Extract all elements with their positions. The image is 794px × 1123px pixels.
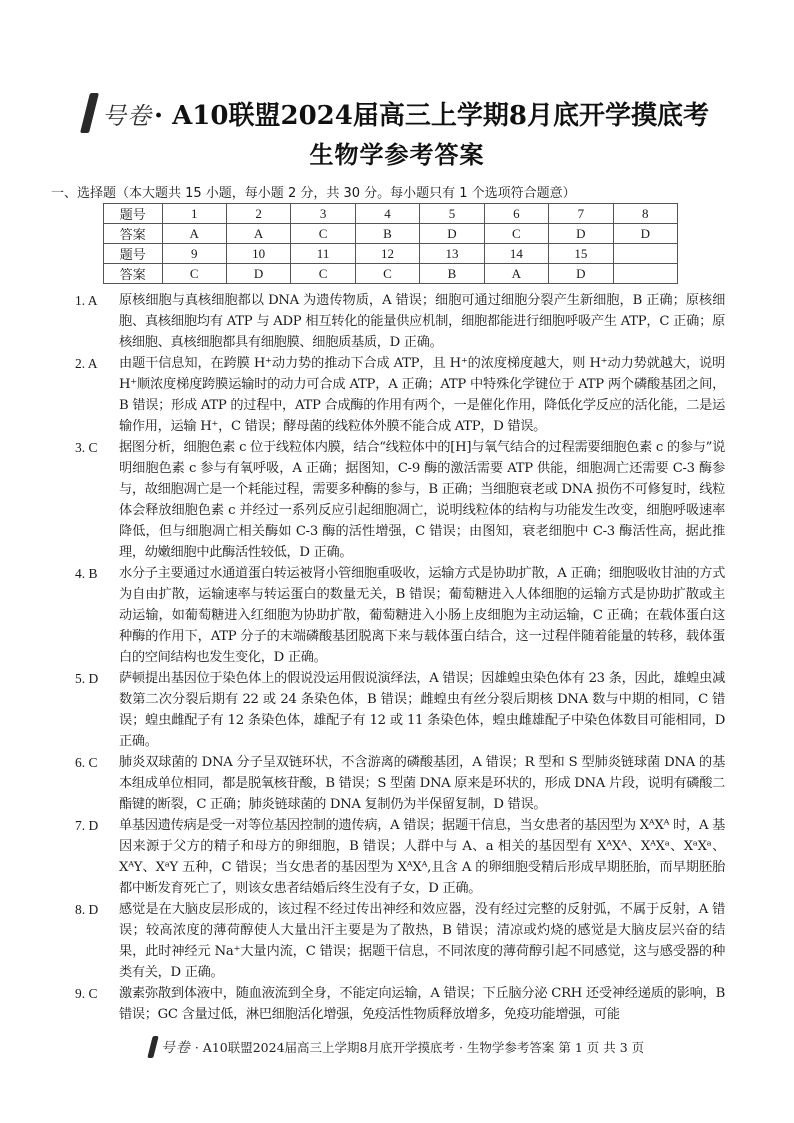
row-label: 答案 bbox=[104, 224, 163, 244]
table-cell: D bbox=[420, 224, 484, 244]
table-cell: 9 bbox=[162, 244, 226, 264]
item-number-answer: 8. D bbox=[75, 899, 119, 983]
table-cell: 13 bbox=[420, 244, 484, 264]
table-cell: C bbox=[291, 264, 355, 284]
table-cell: C bbox=[484, 224, 548, 244]
item-explanation: 感觉是在大脑皮层形成的，该过程不经过传出神经和效应器，没有经过完整的反射弧，不属… bbox=[119, 899, 725, 983]
table-cell: 7 bbox=[549, 204, 613, 224]
table-cell bbox=[613, 264, 677, 284]
item-number-answer: 3. C bbox=[75, 437, 119, 563]
table-cell: D bbox=[613, 224, 677, 244]
list-item: 2. A由题干信息知，在跨膜 H⁺动力势的推动下合成 ATP，且 H⁺的浓度梯度… bbox=[75, 353, 725, 437]
table-cell: D bbox=[226, 264, 290, 284]
page-footer: 号卷 · A10联盟2024届高三上学期8月底开学摸底考 · 生物学参考答案 第… bbox=[0, 1036, 794, 1058]
page-subtitle: 生物学参考答案 bbox=[0, 135, 794, 170]
table-cell: A bbox=[484, 264, 548, 284]
item-number-answer: 7. D bbox=[75, 815, 119, 899]
item-number-answer: 6. C bbox=[75, 752, 119, 815]
table-cell: 3 bbox=[291, 204, 355, 224]
table-cell: 1 bbox=[162, 204, 226, 224]
table-cell: 6 bbox=[484, 204, 548, 224]
table-cell: A bbox=[162, 224, 226, 244]
table-cell: 8 bbox=[613, 204, 677, 224]
brand-logo: 号卷 bbox=[85, 93, 152, 133]
table-cell bbox=[613, 244, 677, 264]
list-item: 6. C肺炎双球菌的 DNA 分子呈双链环状，不含游离的磷酸基团，A 错误；R … bbox=[75, 752, 725, 815]
table-cell: 10 bbox=[226, 244, 290, 264]
table-cell: 14 bbox=[484, 244, 548, 264]
item-number-answer: 2. A bbox=[75, 353, 119, 437]
table-cell: B bbox=[355, 224, 419, 244]
table-cell: 12 bbox=[355, 244, 419, 264]
table-row: 题号9101112131415 bbox=[104, 244, 678, 264]
logo-text: 号卷 bbox=[102, 96, 152, 131]
list-item: 9. C激素弥散到体液中，随血液流到全身，不能定向运输，A 错误；下丘脑分泌 C… bbox=[75, 983, 725, 1025]
list-item: 4. B水分子主要通过水通道蛋白转运被肾小管细胞重吸收，运输方式是协助扩散，A … bbox=[75, 563, 725, 668]
table-row: 答案CDCCBAD bbox=[104, 264, 678, 284]
table-cell: C bbox=[355, 264, 419, 284]
item-explanation: 原核细胞与真核细胞都以 DNA 为遗传物质，A 错误；细胞可通过细胞分裂产生新细… bbox=[119, 290, 725, 353]
table-cell: B bbox=[420, 264, 484, 284]
item-explanation: 水分子主要通过水通道蛋白转运被肾小管细胞重吸收，运输方式是协助扩散，A 正确；细… bbox=[119, 563, 725, 668]
table-cell: 5 bbox=[420, 204, 484, 224]
row-label: 题号 bbox=[104, 204, 163, 224]
list-item: 3. C据图分析，细胞色素 c 位于线粒体内膜，结合“线粒体中的[H]与氧气结合… bbox=[75, 437, 725, 563]
answer-explanations: 1. A原核细胞与真核细胞都以 DNA 为遗传物质，A 错误；细胞可通过细胞分裂… bbox=[75, 290, 725, 1025]
brush-stroke-icon bbox=[147, 1036, 158, 1058]
table-cell: C bbox=[162, 264, 226, 284]
list-item: 5. D萨顿提出基因位于染色体上的假说没运用假说演绎法，A 错误；因雄蝗虫染色体… bbox=[75, 668, 725, 752]
item-explanation: 肺炎双球菌的 DNA 分子呈双链环状，不含游离的磷酸基团，A 错误；R 型和 S… bbox=[119, 752, 725, 815]
item-number-answer: 5. D bbox=[75, 668, 119, 752]
table-row: 答案AACBDCDD bbox=[104, 224, 678, 244]
item-number-answer: 9. C bbox=[75, 983, 119, 1025]
table-cell: D bbox=[549, 264, 613, 284]
table-cell: 2 bbox=[226, 204, 290, 224]
table-cell: 4 bbox=[355, 204, 419, 224]
row-label: 题号 bbox=[104, 244, 163, 264]
table-cell: 11 bbox=[291, 244, 355, 264]
section-heading: 一、选择题（本大题共 15 小题，每小题 2 分，共 30 分。每小题只有 1 … bbox=[51, 182, 576, 201]
answer-table: 题号12345678答案AACBDCDD题号9101112131415答案CDC… bbox=[103, 203, 678, 284]
item-number-answer: 1. A bbox=[75, 290, 119, 353]
list-item: 1. A原核细胞与真核细胞都以 DNA 为遗传物质，A 错误；细胞可通过细胞分裂… bbox=[75, 290, 725, 353]
footer-text: · A10联盟2024届高三上学期8月底开学摸底考 · 生物学参考答案 第 1 … bbox=[195, 1038, 644, 1056]
table-cell: 15 bbox=[549, 244, 613, 264]
table-cell: C bbox=[291, 224, 355, 244]
item-explanation: 据图分析，细胞色素 c 位于线粒体内膜，结合“线粒体中的[H]与氧气结合的过程需… bbox=[119, 437, 725, 563]
footer-logo-text: 号卷 bbox=[161, 1037, 191, 1057]
exam-title: · A10联盟2024届高三上学期8月底开学摸底考 bbox=[154, 95, 709, 132]
table-row: 题号12345678 bbox=[104, 204, 678, 224]
item-number-answer: 4. B bbox=[75, 563, 119, 668]
document-header: 号卷 · A10联盟2024届高三上学期8月底开学摸底考 bbox=[0, 88, 794, 138]
item-explanation: 单基因遗传病是受一对等位基因控制的遗传病，A 错误；据题干信息，当女患者的基因型… bbox=[119, 815, 725, 899]
table-cell: A bbox=[226, 224, 290, 244]
item-explanation: 激素弥散到体液中，随血液流到全身，不能定向运输，A 错误；下丘脑分泌 CRH 还… bbox=[119, 983, 725, 1025]
list-item: 7. D单基因遗传病是受一对等位基因控制的遗传病，A 错误；据题干信息，当女患者… bbox=[75, 815, 725, 899]
item-explanation: 萨顿提出基因位于染色体上的假说没运用假说演绎法，A 错误；因雄蝗虫染色体有 23… bbox=[119, 668, 725, 752]
brush-stroke-icon bbox=[80, 93, 99, 133]
item-explanation: 由题干信息知，在跨膜 H⁺动力势的推动下合成 ATP，且 H⁺的浓度梯度越大，则… bbox=[119, 353, 725, 437]
row-label: 答案 bbox=[104, 264, 163, 284]
list-item: 8. D感觉是在大脑皮层形成的，该过程不经过传出神经和效应器，没有经过完整的反射… bbox=[75, 899, 725, 983]
table-cell: D bbox=[549, 224, 613, 244]
